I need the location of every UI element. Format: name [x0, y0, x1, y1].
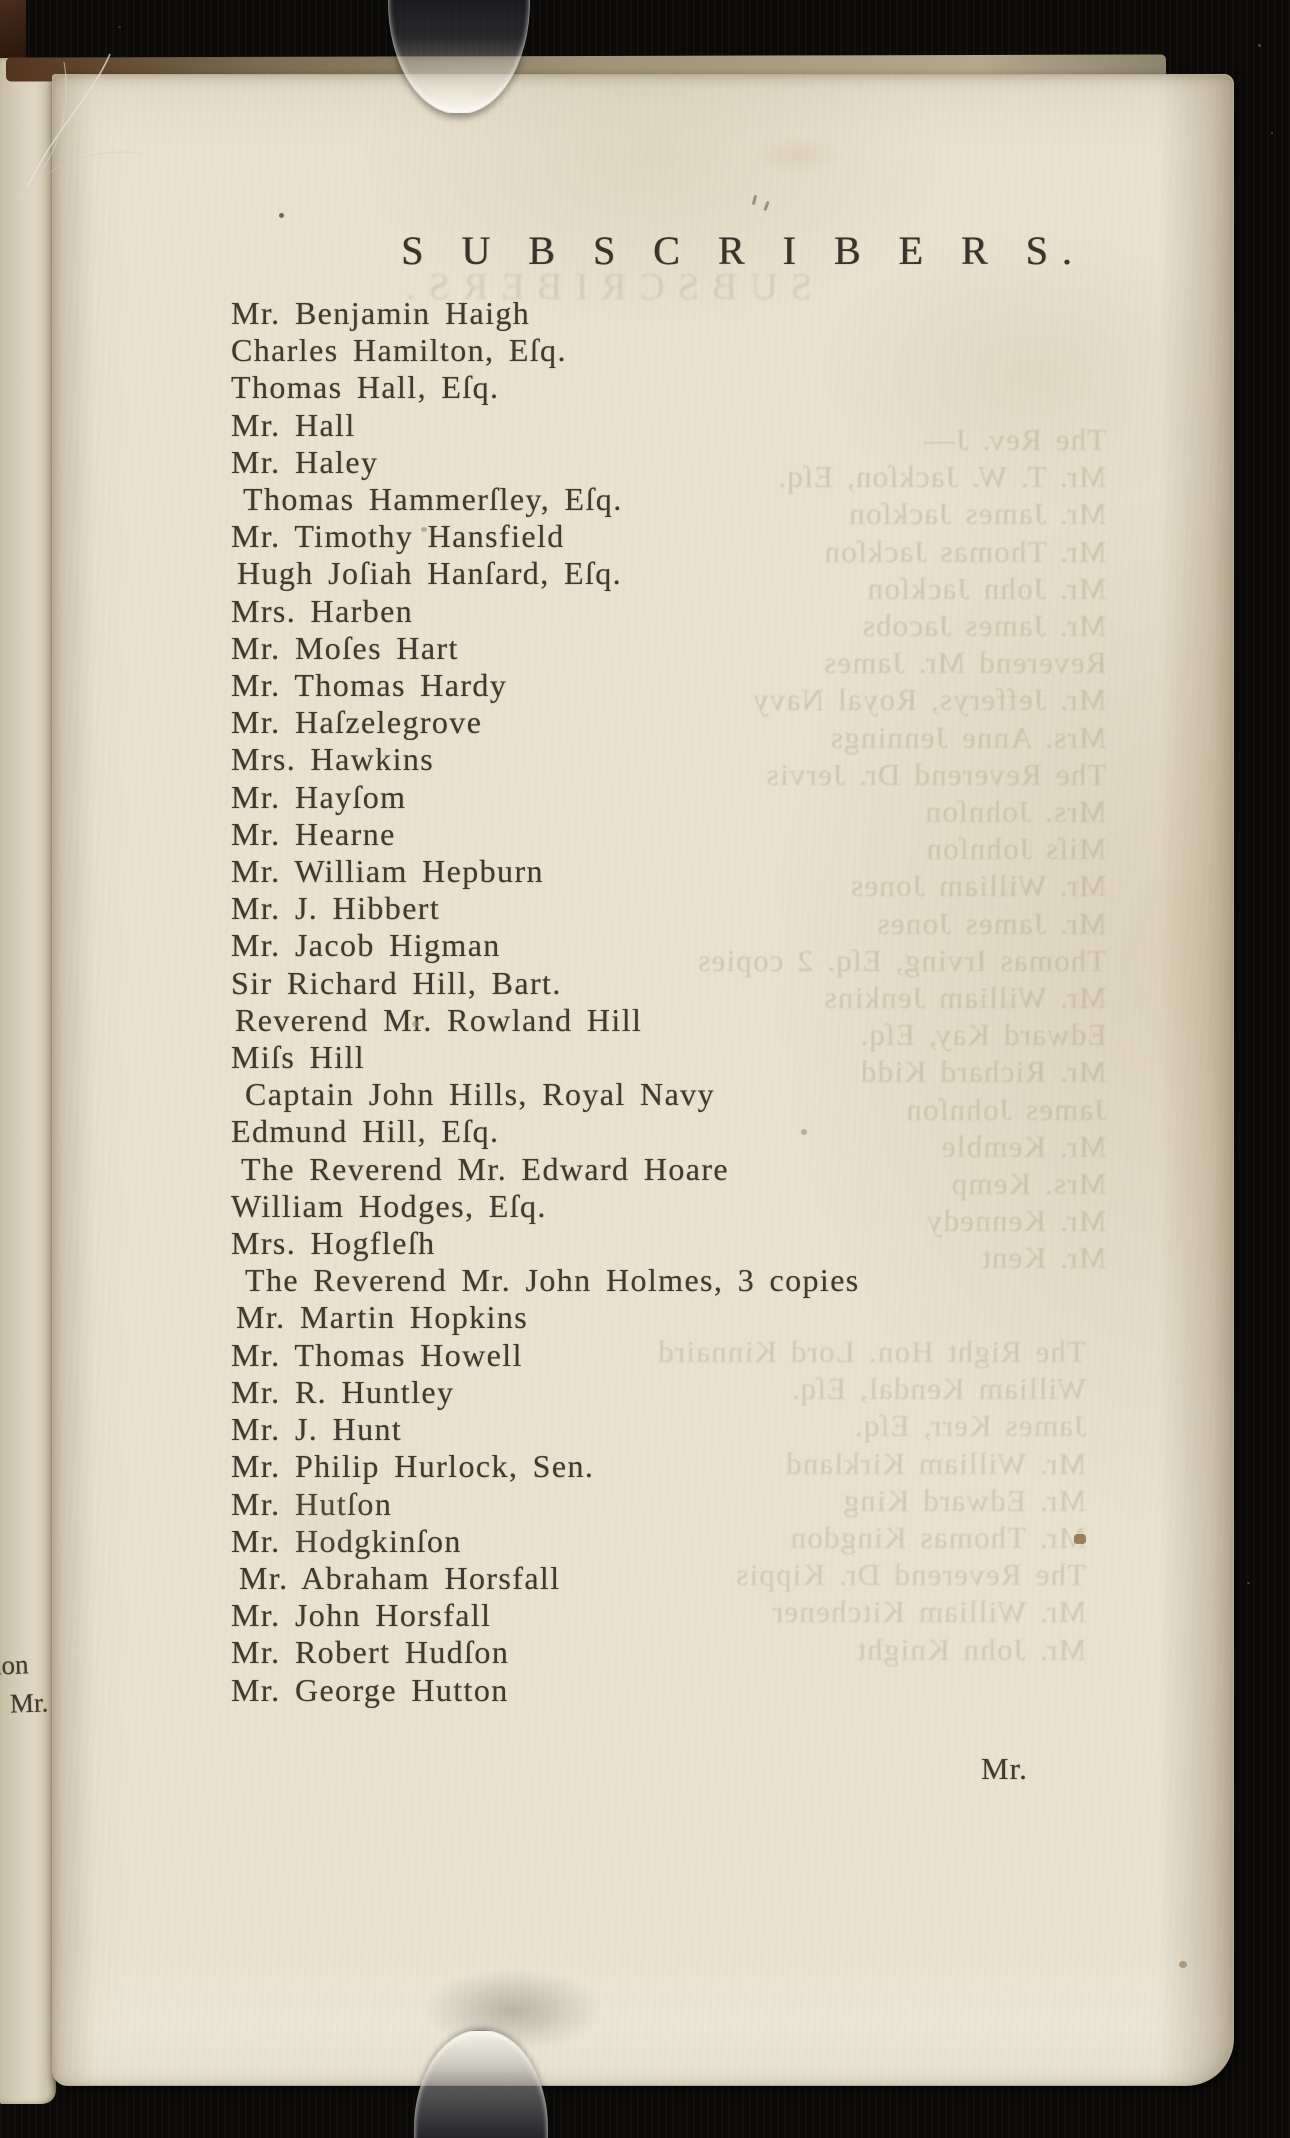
list-item: Thomas Hammerſley, Eſq. — [243, 481, 860, 518]
list-item: Mrs. Harben — [231, 593, 860, 630]
list-item: Mr. Martin Hopkins — [236, 1299, 860, 1336]
list-item: Mr. R. Huntley — [231, 1374, 860, 1411]
list-item: Captain John Hills, Royal Navy — [245, 1076, 860, 1113]
foxing-spot — [801, 1129, 807, 1135]
list-item: Mr. Haley — [231, 444, 860, 481]
ink-mark — [763, 201, 769, 211]
list-item: Reverend Mr. Rowland Hill — [235, 1002, 860, 1039]
list-item: Mr. Haſzelegrove — [231, 704, 860, 741]
facing-page-edge: don Mr. — [0, 58, 56, 2104]
list-item: The Reverend Mr. John Holmes, 3 copies — [245, 1262, 860, 1299]
list-item: William Hodges, Eſq. — [231, 1188, 860, 1225]
list-item: Thomas Hall, Eſq. — [231, 369, 860, 406]
list-item: The Reverend Mr. Edward Hoare — [241, 1151, 860, 1188]
list-item: Edmund Hill, Eſq. — [231, 1113, 860, 1150]
stain — [253, 1475, 393, 1565]
list-item: Mr. George Hutton — [231, 1672, 860, 1709]
edge-text-fragment: don — [0, 1649, 29, 1681]
list-item: Hugh Joſiah Hanſard, Eſq. — [237, 555, 860, 592]
foxing-spot — [1074, 1534, 1086, 1544]
list-item: Mrs. Hogfleſh — [231, 1225, 860, 1262]
dust-speck — [118, 26, 121, 28]
foxing-spot — [412, 1021, 419, 1027]
list-item: Mr. John Horsfall — [231, 1597, 860, 1634]
list-item: Mrs. Hawkins — [231, 741, 860, 778]
dust-speck — [1271, 132, 1273, 134]
list-item: Mr. Abraham Horsfall — [239, 1560, 860, 1597]
edge-text-fragment: Mr. — [10, 1687, 49, 1719]
book-page: SUBSCRIBERS. S U B S C R I B E R S. The … — [52, 74, 1234, 2086]
list-item: Mr. J. Hunt — [231, 1411, 860, 1448]
catchword: Mr. — [981, 1751, 1028, 1787]
page-title: S U B S C R I B E R S. — [401, 227, 1086, 274]
list-item: Mr. J. Hibbert — [231, 890, 860, 927]
list-item: Mr. Jacob Higman — [231, 927, 860, 964]
stain — [753, 135, 843, 175]
list-item: Mr. Hall — [231, 407, 860, 444]
dust-fibers — [14, 36, 184, 216]
foxing-spot — [1179, 1961, 1187, 1968]
list-item: Mr. Moſes Hart — [231, 630, 860, 667]
foxing-spot — [279, 213, 284, 218]
list-item: Mr. Robert Hudſon — [231, 1634, 860, 1671]
list-item: Sir Richard Hill, Bart. — [231, 965, 860, 1002]
list-item: Charles Hamilton, Eſq. — [231, 332, 860, 369]
list-item: Mr. William Hepburn — [231, 853, 860, 890]
photo-frame: don Mr. SUBSCRIBERS. S U B S C R I B E R… — [0, 0, 1290, 2138]
list-item: Mr. Timothy Hansfield — [231, 518, 860, 555]
list-item: Mr. Hearne — [231, 816, 860, 853]
list-item: Mr. Benjamin Haigh — [231, 295, 860, 332]
list-item: Miſs Hill — [231, 1039, 860, 1076]
list-item: Mr. Hayſom — [231, 779, 860, 816]
list-item: Mr. Thomas Hardy — [231, 667, 860, 704]
dust-speck — [1258, 44, 1261, 47]
dust-speck — [1247, 1582, 1250, 1584]
foxing-spot — [421, 527, 427, 532]
ink-mark — [752, 195, 757, 205]
list-item: Mr. Thomas Howell — [231, 1337, 860, 1374]
